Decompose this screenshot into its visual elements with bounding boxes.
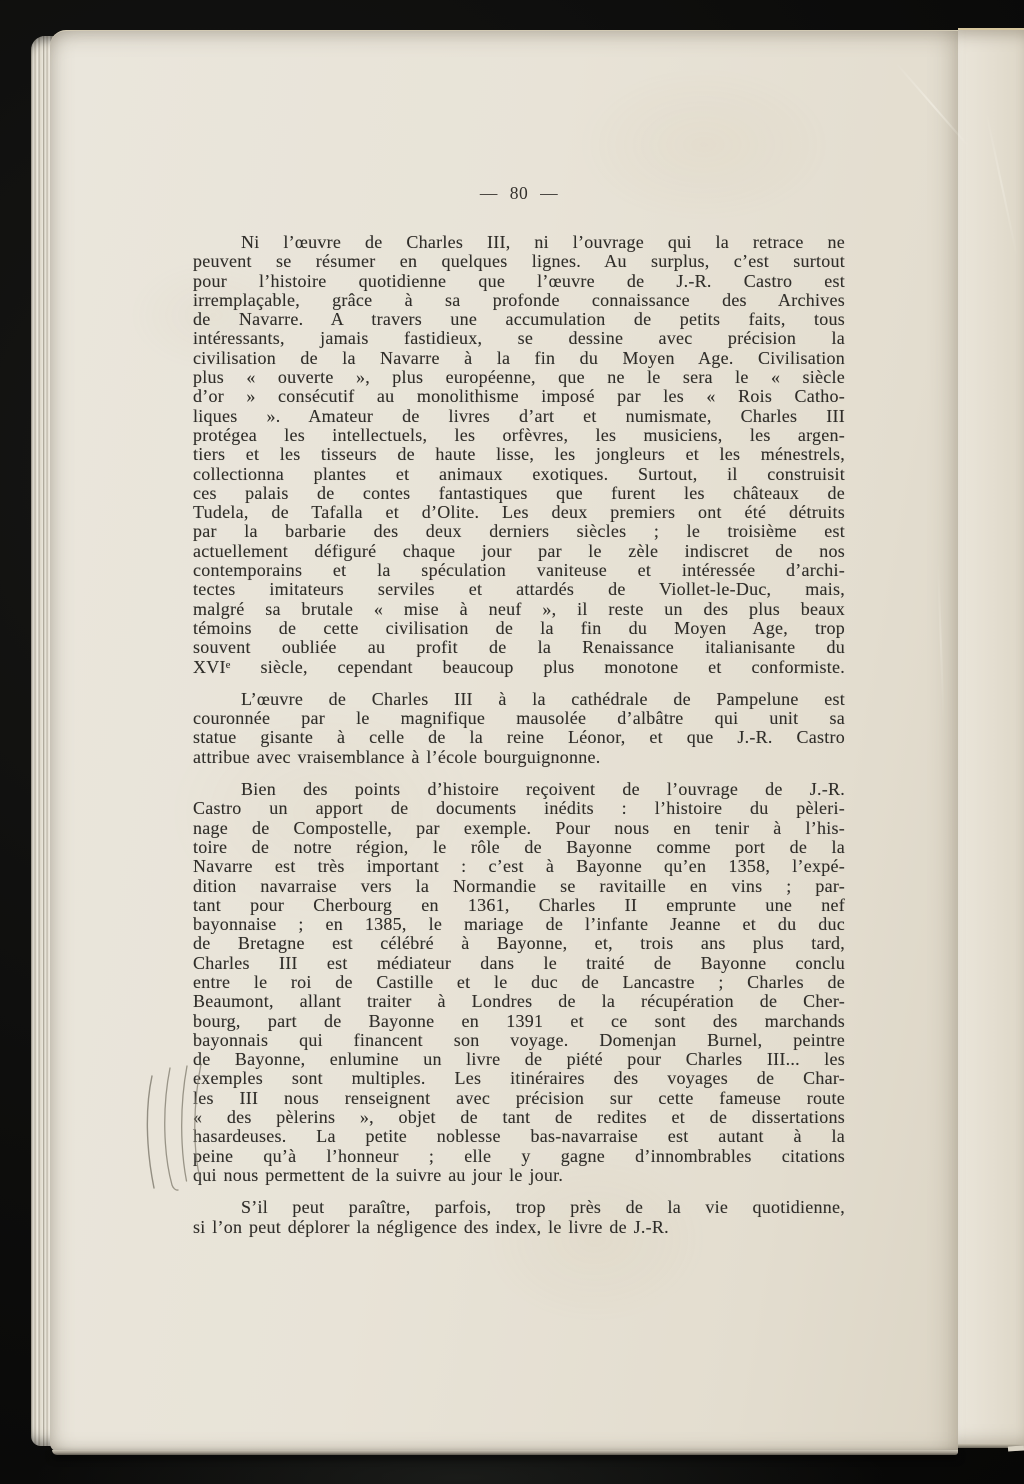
text-line: intéressants, jamais fastidieux, se dess… (193, 329, 845, 348)
text-line: Beaumont, allant traiter à Londres de la… (193, 992, 845, 1011)
text-line: attribue avec vraisemblance à l’école bo… (193, 748, 845, 767)
text-line: qui nous permettent de la suivre au jour… (193, 1166, 845, 1185)
text-line: S’il peut paraître, parfois, trop près d… (193, 1198, 845, 1217)
text-line: de Bayonne, enlumine un livre de piété p… (193, 1050, 845, 1069)
text-line: plus « ouverte », plus européenne, que n… (193, 368, 845, 387)
paragraph: L’œuvre de Charles III à la cathédrale d… (193, 690, 845, 767)
text-line: liques ». Amateur de livres d’art et num… (193, 407, 845, 426)
text-line: ces palais de contes fantastiques que fu… (193, 484, 845, 503)
text-line: entre le roi de Castille et le duc de La… (193, 973, 845, 992)
text-line: les III nous renseignent avec précision … (193, 1089, 845, 1108)
text-line: actuellement défiguré chaque jour par le… (193, 542, 845, 561)
text-line: dition navarraise vers la Normandie se r… (193, 877, 845, 896)
text-line: couronnée par le magnifique mausolée d’a… (193, 709, 845, 728)
text-line: tectes imitateurs serviles et attardés d… (193, 580, 845, 599)
text-line: pour l’histoire quotidienne que l’œuvre … (193, 272, 845, 291)
text-line: irremplaçable, grâce à sa profonde conna… (193, 291, 845, 310)
text-line: bayonnaise ; en 1385, le mariage de l’in… (193, 915, 845, 934)
text-line: tiers et les tisseurs de haute lisse, le… (193, 445, 845, 464)
text-line: malgré sa brutale « mise à neuf », il re… (193, 600, 845, 619)
text-line: de Bretagne est célébré à Bayonne, et, t… (193, 934, 845, 953)
text-line: de Navarre. A travers une accumulation d… (193, 310, 845, 329)
text-line: tant pour Cherbourg en 1361, Charles II … (193, 896, 845, 915)
text-line: d’or » consécutif au monolithisme imposé… (193, 387, 845, 406)
text-line: L’œuvre de Charles III à la cathédrale d… (193, 690, 845, 709)
text-line: protégea les intellectuels, les orfèvres… (193, 426, 845, 445)
text-line: civilisation de la Navarre à la fin du M… (193, 349, 845, 368)
text-line: témoins de cette civilisation de la fin … (193, 619, 845, 638)
paragraph: S’il peut paraître, parfois, trop près d… (193, 1198, 845, 1237)
text-line: collectionna plantes et animaux exotique… (193, 465, 845, 484)
text-line: hasardeuses. La petite noblesse bas-nava… (193, 1127, 845, 1146)
text-line: souvent oubliée au profit de la Renaissa… (193, 638, 845, 657)
text-line: Castro un apport de documents inédits : … (193, 799, 845, 818)
text-line: nage de Compostelle, par exemple. Pour n… (193, 819, 845, 838)
page-bottom-edge (52, 1450, 958, 1455)
text-line: statue gisante à celle de la reine Léono… (193, 728, 845, 747)
margin-pencil-marks-icon (141, 1058, 213, 1200)
text-line: toire de notre région, le rôle de Bayonn… (193, 838, 845, 857)
text-line: contemporains et la spéculation vaniteus… (193, 561, 845, 580)
paragraph: Bien des points d’histoire reçoivent de … (193, 780, 845, 1185)
page-number: — 80 — (193, 182, 845, 204)
text-line: Charles III est médiateur dans le traité… (193, 954, 845, 973)
text-line: peuvent se résumer en quelques lignes. A… (193, 252, 845, 271)
text-line: Tudela, de Tafalla et d’Olite. Les deux … (193, 503, 845, 522)
text-line: Ni l’œuvre de Charles III, ni l’ouvrage … (193, 233, 845, 252)
text-line: « des pèlerins », objet de tant de redit… (193, 1108, 845, 1127)
paragraph: Ni l’œuvre de Charles III, ni l’ouvrage … (193, 233, 845, 677)
text-line: peine qu’à l’honneur ; elle y gagne d’in… (193, 1147, 845, 1166)
text-line: exemples sont multiples. Les itinéraires… (193, 1069, 845, 1088)
text-line: bayonnais qui financent son voyage. Dome… (193, 1031, 845, 1050)
text-line: XVIᵉ siècle, cependant beaucoup plus mon… (193, 658, 845, 677)
text-line: si l’on peut déplorer la négligence des … (193, 1218, 845, 1237)
text-line: par la barbarie des deux derniers siècle… (193, 522, 845, 541)
text-line: bourg, part de Bayonne en 1391 et ce son… (193, 1012, 845, 1031)
text-line: Navarre est très important : c’est à Bay… (193, 857, 845, 876)
text-line: Bien des points d’histoire reçoivent de … (193, 780, 845, 799)
book-scan-photo: — 80 — Ni l’œuvre de Charles III, ni l’o… (0, 0, 1024, 1484)
under-page-corner (1008, 1445, 1024, 1451)
text-block: Ni l’œuvre de Charles III, ni l’ouvrage … (193, 233, 845, 1237)
